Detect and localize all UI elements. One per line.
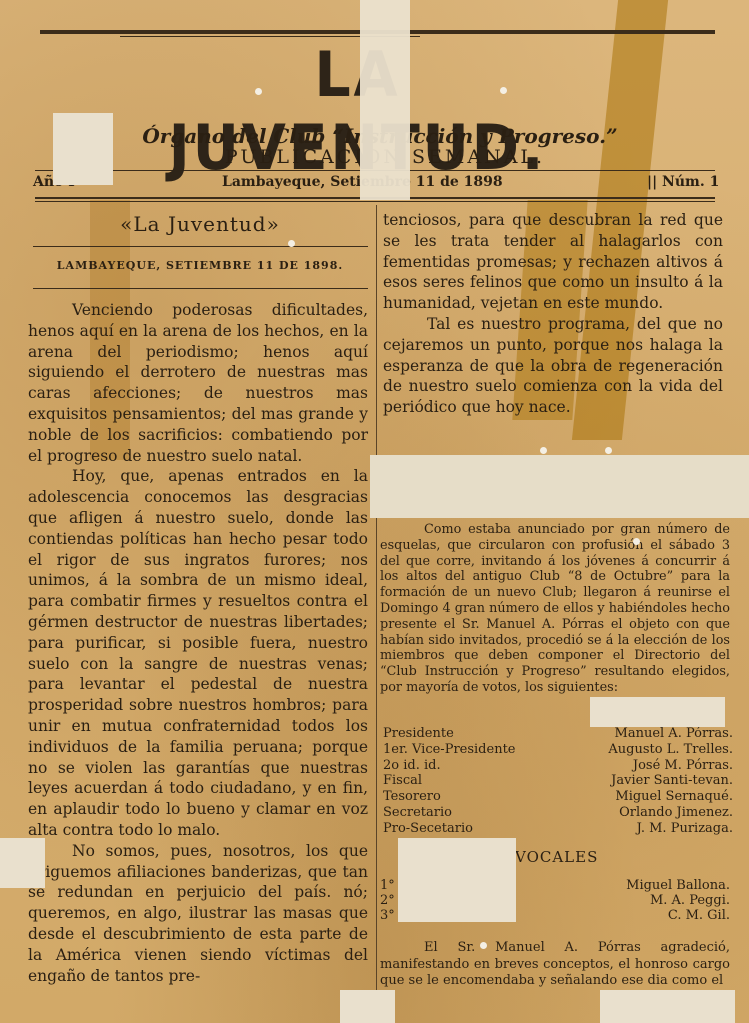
officer-row: 2o id. id.José M. Pórras.	[383, 758, 733, 774]
editorial-continuation: Tal es nuestro programa, del que no ceja…	[383, 314, 723, 418]
vocal-ordinal: 1°	[380, 878, 395, 893]
officer-role: Pro-Secetario	[383, 821, 473, 837]
vocal-name: Miguel Ballona.	[626, 878, 730, 893]
editorial-dateline: LAMBAYEQUE, SETIEMBRE 11 DE 1898.	[30, 259, 370, 272]
editorial-left-column: Venciendo poderosas dificultades, henos …	[28, 300, 368, 986]
closing-text: El Sr. Manuel A. Pórras agradeció, manif…	[380, 940, 730, 990]
paper-patch	[600, 990, 735, 1023]
officer-row: TesoreroMiguel Sernaqué.	[383, 789, 733, 805]
section-title-rule	[33, 246, 368, 247]
vocal-name: C. M. Gil.	[668, 908, 730, 923]
officer-role: 2o id. id.	[383, 758, 441, 774]
officer-role: Presidente	[383, 726, 454, 742]
pin-hole	[633, 538, 640, 545]
paper-patch	[0, 838, 45, 888]
officer-role: Fiscal	[383, 773, 422, 789]
pin-hole	[288, 240, 295, 247]
paper-patch	[370, 455, 749, 518]
section-date-rule	[33, 288, 368, 289]
officer-row: PresidenteManuel A. Pórras.	[383, 726, 733, 742]
officers-list: PresidenteManuel A. Pórras. 1er. Vice-Pr…	[383, 726, 733, 837]
pin-hole	[605, 447, 612, 454]
officer-name: Orlando Jimenez.	[619, 805, 733, 821]
pin-hole	[480, 942, 487, 949]
officer-role: 1er. Vice-Presidente	[383, 742, 516, 758]
pin-hole	[540, 447, 547, 454]
officer-role: Secretario	[383, 805, 452, 821]
paper-patch	[340, 990, 395, 1023]
paper-patch	[53, 113, 113, 185]
vocal-name: M. A. Peggi.	[650, 893, 730, 908]
paper-patch	[398, 838, 516, 922]
column-divider	[376, 205, 377, 1010]
club-notice-paragraph: Como estaba anunciado por gran número de…	[380, 522, 730, 696]
club-notice: Como estaba anunciado por gran número de…	[380, 522, 730, 696]
vocales-heading: VOCALES	[515, 848, 598, 866]
vocal-ordinal: 3°	[380, 908, 395, 923]
editorial-title: «La Juventud»	[30, 212, 370, 236]
paper-patch	[590, 697, 725, 727]
issue-number: || Núm. 1	[647, 174, 719, 190]
dateline-rule-bottom-thin	[35, 201, 715, 202]
officer-name: José M. Pórras.	[633, 758, 733, 774]
editorial-paragraph: Venciendo poderosas dificultades, henos …	[28, 300, 368, 466]
officer-row: FiscalJavier Santi-tevan.	[383, 773, 733, 789]
officer-row: SecretarioOrlando Jimenez.	[383, 805, 733, 821]
officer-row: 1er. Vice-PresidenteAugusto L. Trelles.	[383, 742, 733, 758]
editorial-continuation: tenciosos, para que descubran la red que…	[383, 210, 723, 314]
vocal-ordinal: 2°	[380, 893, 395, 908]
officer-name: Manuel A. Pórras.	[615, 726, 733, 742]
closing-paragraph: El Sr. Manuel A. Pórras agradeció, manif…	[380, 940, 730, 990]
editorial-paragraph: Hoy, que, apenas entrados en la adolesce…	[28, 466, 368, 840]
tape-patch	[360, 0, 410, 200]
pin-hole	[500, 87, 507, 94]
editorial-paragraph: No somos, pues, nosotros, los que brigue…	[28, 841, 368, 987]
officer-role: Tesorero	[383, 789, 441, 805]
editorial-right-column: tenciosos, para que descubran la red que…	[383, 210, 723, 418]
officer-name: Augusto L. Trelles.	[608, 742, 733, 758]
officer-name: J. M. Purizaga.	[637, 821, 733, 837]
officer-row: Pro-SecetarioJ. M. Purizaga.	[383, 821, 733, 837]
pin-hole	[255, 88, 262, 95]
officer-name: Miguel Sernaqué.	[615, 789, 733, 805]
officer-name: Javier Santi-tevan.	[611, 773, 733, 789]
